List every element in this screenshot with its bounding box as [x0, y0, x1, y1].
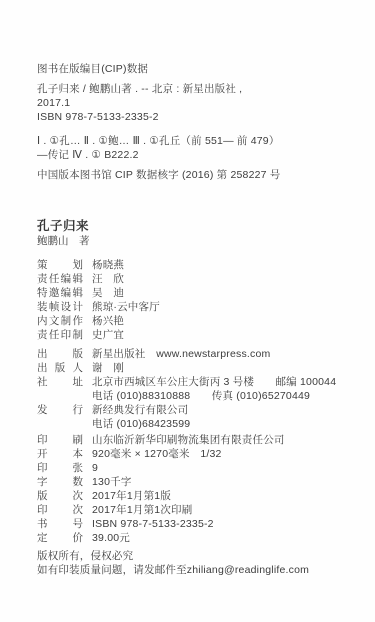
credit-row-typesetting: 内文制作 杨兴艳 — [37, 314, 355, 328]
publisher-row-distribution: 发行 新经典发行有限公司电话 (010)68423599 — [37, 403, 355, 431]
printing-row-word-count: 字数 130千字 — [37, 475, 355, 489]
publisher-value: 新经典发行有限公司电话 (010)68423599 — [92, 403, 190, 431]
credit-label: 内文制作 — [37, 314, 83, 328]
publisher-label: 出版人 — [37, 361, 83, 375]
printing-label: 印张 — [37, 461, 83, 475]
credit-row-print-supervisor: 责任印制 史广宜 — [37, 328, 355, 342]
credit-label: 装帧设计 — [37, 300, 83, 314]
printing-value: 920毫米 × 1270毫米 1/32 — [92, 447, 222, 461]
printing-value: ISBN 978-7-5133-2335-2 — [92, 517, 214, 531]
credit-value: 熊琼·云中客厅 — [92, 300, 160, 314]
credit-value: 吴 迪 — [92, 286, 124, 300]
printing-row-book-number: 书号 ISBN 978-7-5133-2335-2 — [37, 517, 355, 531]
printing-row-impression: 印次 2017年1月第1次印刷 — [37, 503, 355, 517]
printing-block: 印刷 山东临沂新华印刷物流集团有限责任公司 开本 920毫米 × 1270毫米 … — [37, 433, 355, 545]
printing-label: 定价 — [37, 531, 83, 545]
distributor-name: 新经典发行有限公司 — [92, 403, 190, 417]
publisher-label: 发行 — [37, 403, 83, 417]
credit-row-cover-design: 装帧设计 熊琼·云中客厅 — [37, 300, 355, 314]
printing-value: 130千字 — [92, 475, 132, 489]
credit-row-responsible-editor: 责任编辑 汪 欣 — [37, 272, 355, 286]
credit-label: 责任印制 — [37, 328, 83, 342]
publisher-value: 谢 刚 — [92, 361, 124, 375]
printing-label: 印次 — [37, 503, 83, 517]
distributor-phone: 电话 (010)68423599 — [92, 417, 190, 431]
title-block: 孔子归来 鲍鹏山 著 — [37, 218, 355, 248]
quality-contact-notice: 如有印装质量问题，请发邮件至zhiliang@readinglife.com — [37, 563, 355, 577]
cip-classification-line2: —传记 Ⅳ . ① B222.2 — [37, 148, 355, 162]
publisher-row-press: 出版 新星出版社 www.newstarpress.com — [37, 347, 355, 361]
printing-label: 印刷 — [37, 433, 83, 447]
printing-label: 版次 — [37, 489, 83, 503]
credits-block: 策划 杨晓燕 责任编辑 汪 欣 特邀编辑 吴 迪 装帧设计 熊琼·云中客厅 内文… — [37, 258, 355, 342]
cip-classification-line1: Ⅰ . ①孔… Ⅱ . ①鲍… Ⅲ . ①孔丘（前 551— 前 479） — [37, 134, 355, 148]
cip-isbn: ISBN 978-7-5133-2335-2 — [37, 110, 355, 124]
credit-label: 策划 — [37, 258, 83, 272]
footer-notices: 版权所有，侵权必究 如有印装质量问题，请发邮件至zhiliang@reading… — [37, 549, 355, 577]
publisher-value: 北京市西城区车公庄大街丙 3 号楼 邮编 100044电话 (010)88310… — [92, 375, 336, 403]
publisher-value: 新星出版社 www.newstarpress.com — [92, 347, 270, 361]
cip-entry-line2: 2017.1 — [37, 96, 355, 110]
cip-block: 图书在版编目(CIP)数据 孔子归来 / 鲍鹏山著 . -- 北京 : 新星出版… — [37, 62, 355, 182]
cip-heading: 图书在版编目(CIP)数据 — [37, 62, 355, 76]
publisher-phone-fax: 电话 (010)88310888 传真 (010)65270449 — [92, 389, 336, 403]
copyright-page: 图书在版编目(CIP)数据 孔子归来 / 鲍鹏山著 . -- 北京 : 新星出版… — [0, 0, 375, 622]
credit-label: 责任编辑 — [37, 272, 83, 286]
book-author: 鲍鹏山 著 — [37, 234, 355, 248]
printing-value: 39.00元 — [92, 531, 130, 545]
printing-row-sheets: 印张 9 — [37, 461, 355, 475]
publisher-row-person: 出版人 谢 刚 — [37, 361, 355, 375]
book-title: 孔子归来 — [37, 218, 355, 234]
printing-value: 9 — [92, 461, 98, 475]
printing-label: 字数 — [37, 475, 83, 489]
credit-value: 杨晓燕 — [92, 258, 124, 272]
credit-value: 汪 欣 — [92, 272, 124, 286]
publisher-row-address: 社址 北京市西城区车公庄大街丙 3 号楼 邮编 100044电话 (010)88… — [37, 375, 355, 403]
publisher-label: 社址 — [37, 375, 83, 389]
publisher-block: 出版 新星出版社 www.newstarpress.com 出版人 谢 刚 社址… — [37, 347, 355, 431]
printing-value: 2017年1月第1版 — [92, 489, 171, 503]
copyright-notice: 版权所有，侵权必究 — [37, 549, 355, 563]
printing-value: 2017年1月第1次印刷 — [92, 503, 192, 517]
printing-row-format: 开本 920毫米 × 1270毫米 1/32 — [37, 447, 355, 461]
printing-label: 书号 — [37, 517, 83, 531]
publisher-label: 出版 — [37, 347, 83, 361]
cip-record-number: 中国版本图书馆 CIP 数据核字 (2016) 第 258227 号 — [37, 168, 355, 182]
printing-label: 开本 — [37, 447, 83, 461]
credit-label: 特邀编辑 — [37, 286, 83, 300]
publisher-address: 北京市西城区车公庄大街丙 3 号楼 邮编 100044 — [92, 375, 336, 389]
printing-row-printer: 印刷 山东临沂新华印刷物流集团有限责任公司 — [37, 433, 355, 447]
credit-row-invited-editor: 特邀编辑 吴 迪 — [37, 286, 355, 300]
credit-value: 杨兴艳 — [92, 314, 124, 328]
printing-value: 山东临沂新华印刷物流集团有限责任公司 — [92, 433, 285, 447]
credit-value: 史广宜 — [92, 328, 124, 342]
credit-row-planner: 策划 杨晓燕 — [37, 258, 355, 272]
cip-entry-line1: 孔子归来 / 鲍鹏山著 . -- 北京 : 新星出版社 , — [37, 82, 355, 96]
printing-row-edition: 版次 2017年1月第1版 — [37, 489, 355, 503]
printing-row-price: 定价 39.00元 — [37, 531, 355, 545]
